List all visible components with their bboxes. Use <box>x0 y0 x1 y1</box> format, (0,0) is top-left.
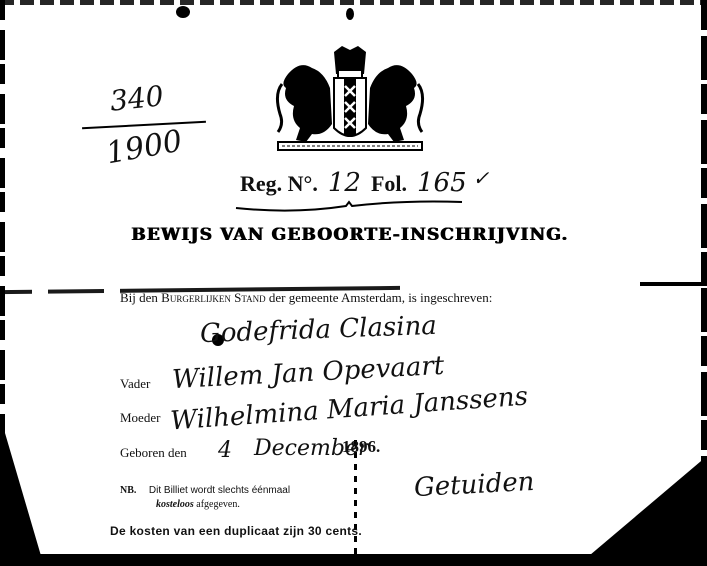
folio-label: Fol. <box>371 171 407 197</box>
intro-prefix: Bij den <box>120 290 158 305</box>
note-line-1: Dit Billiet wordt slechts éénmaal <box>149 485 290 496</box>
birth-day: 4 <box>218 438 232 463</box>
document-title: BEWIJS VAN GEBOORTE-INSCHRIJVING. <box>120 225 580 245</box>
note-line-2: kosteloos afgegeven. <box>156 499 240 510</box>
note-italic-word: kosteloos <box>156 499 194 510</box>
reg-number-value: 12 <box>328 168 361 198</box>
born-label: Geboren den <box>120 445 187 461</box>
amsterdam-coat-of-arms-icon <box>272 44 428 156</box>
damaged-top-edge <box>0 0 707 5</box>
torn-corner-bottom-right <box>577 456 707 566</box>
birth-registration-certificate: 340 1900 Re <box>0 0 707 566</box>
torn-corner-bottom-left <box>0 416 44 566</box>
mother-label: Moeder <box>120 410 160 426</box>
note-block: NB. Dit Billiet wordt slechts éénmaal ko… <box>120 485 290 496</box>
child-name: Godefrida Clasina <box>200 311 438 349</box>
fold-crease-right <box>640 282 707 286</box>
ink-blot <box>176 6 190 18</box>
duplicate-cost-note: De kosten van een duplicaat zijn 30 cent… <box>110 524 362 538</box>
intro-suffix: der gemeente Amsterdam, is ingeschreven: <box>269 290 492 305</box>
damaged-left-edge <box>0 0 5 440</box>
folio-value: 165 <box>417 168 467 198</box>
ink-blot <box>346 8 354 20</box>
note-line-2-rest: afgegeven. <box>196 499 240 510</box>
father-name: Willem Jan Opevaart <box>171 351 445 395</box>
reg-number-label: Reg. N°. <box>240 171 318 197</box>
check-mark-icon: ✓ <box>473 166 490 190</box>
decorative-brace <box>234 200 464 214</box>
file-number-top: 340 <box>108 79 165 117</box>
intro-text: Bij den Burgerlijken Stand der gemeente … <box>120 290 492 306</box>
registration-line: Reg. N°. 12 Fol. 165 ✓ <box>240 166 495 198</box>
note-label: NB. <box>120 485 136 496</box>
signature: Getuiden <box>413 467 535 503</box>
birth-year: 1896. <box>342 437 380 457</box>
father-label: Vader <box>120 376 150 392</box>
fraction-line <box>82 121 206 129</box>
file-number-year: 1900 <box>104 124 185 172</box>
handwritten-file-number: 340 1900 <box>82 80 212 200</box>
intro-registry: Burgerlijken Stand <box>161 290 265 305</box>
